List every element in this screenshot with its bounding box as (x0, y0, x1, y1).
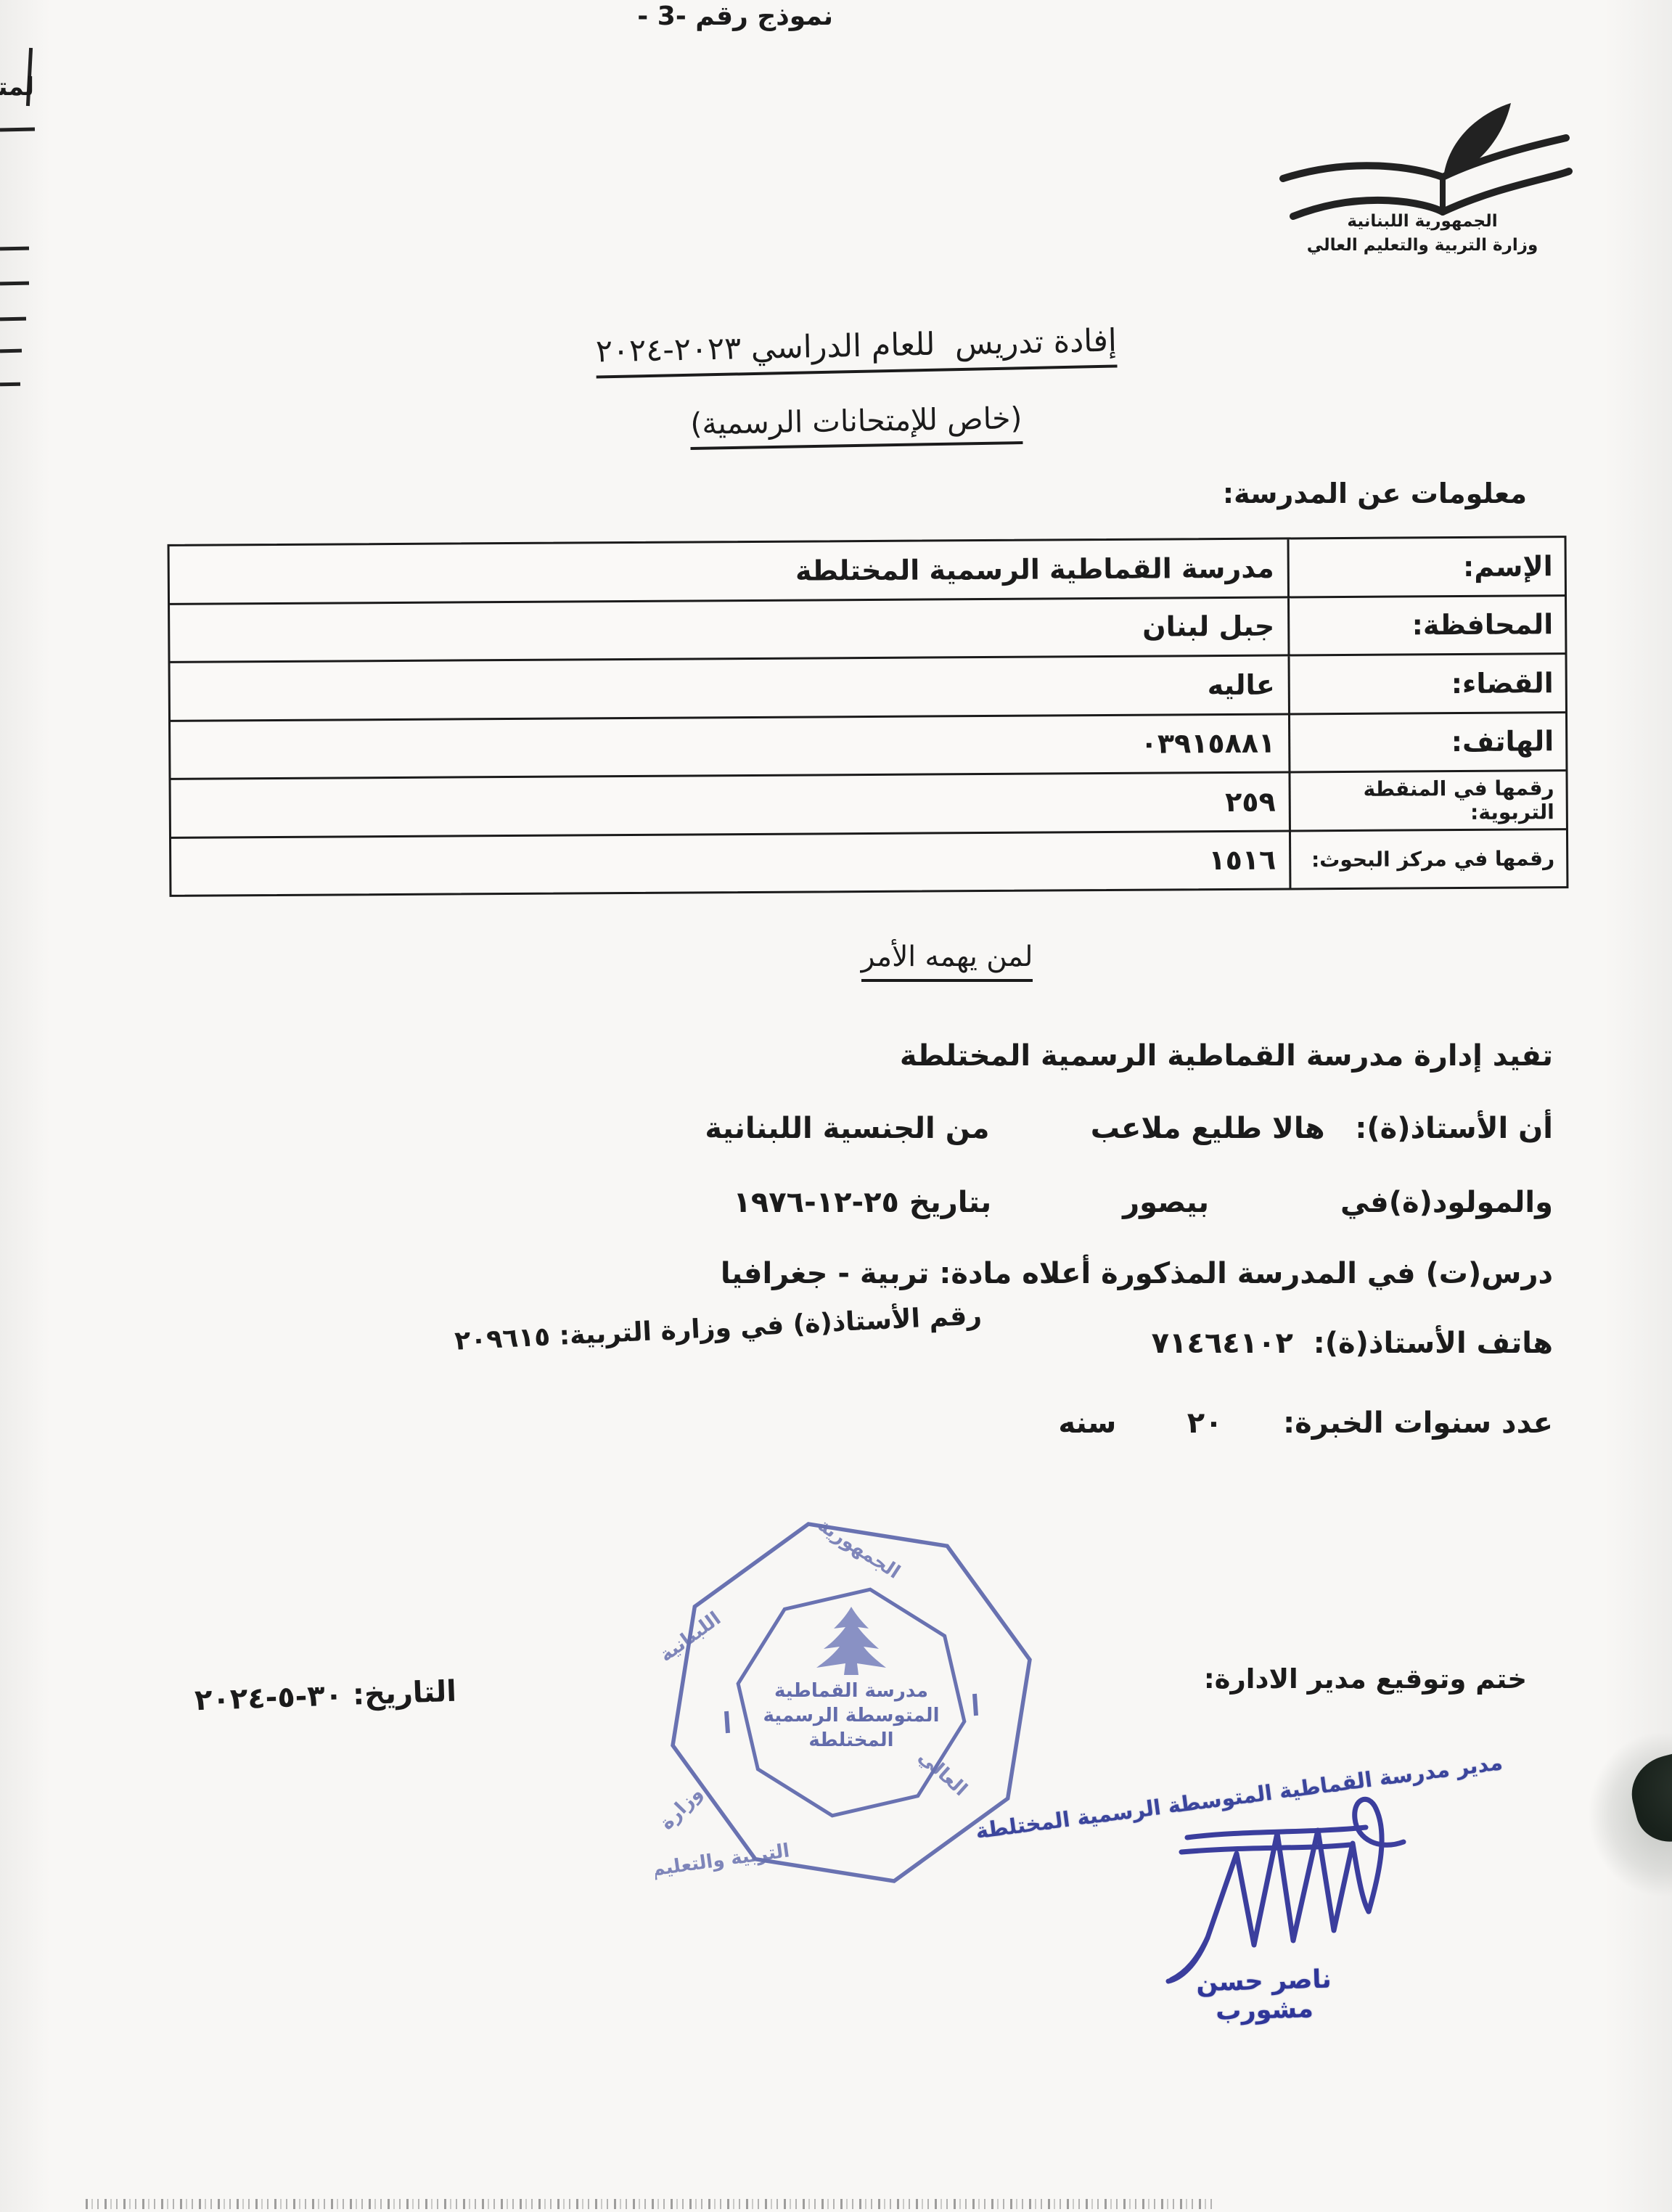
ministry-logo-book-icon (1271, 100, 1579, 224)
republic-label: الجمهورية اللبنانية (1259, 212, 1586, 231)
school-info-table: الإسم: مدرسة القماطية الرسمية المختلطة ا… (168, 536, 1569, 897)
body-line-certifies: تفيد إدارة مدرسة القماطية الرسمية المختل… (900, 1039, 1553, 1073)
table-row: القضاء: عاليه (171, 655, 1565, 721)
row-value-governorate: جبل لبنان (170, 598, 1287, 661)
stamp-left-tick (726, 1711, 728, 1733)
left-edge-dash (0, 247, 29, 251)
stamp-school-name-line2: المتوسطة الرسمية (763, 1705, 940, 1726)
stamp-ring-text-ministry2: التربية والتعليم (655, 1840, 791, 1880)
table-row: المحافظة: جبل لبنان (170, 597, 1565, 663)
table-row: رقمها في المنقطة التربوية: ٢٥٩ (171, 771, 1566, 838)
left-edge-text-fragment: لمتـ (0, 73, 34, 102)
stamp-ring-text-ministry1: وزارة (656, 1782, 707, 1834)
left-edge-dash (0, 317, 26, 321)
row-label-phone: الهاتف: (1288, 713, 1565, 771)
left-edge-dash (0, 349, 22, 353)
row-value-district: عاليه (171, 656, 1288, 719)
document-subtitle-wrap: (خاص للإمتحانات الرسمية) (675, 401, 1038, 451)
document-subtitle: (خاص للإمتحانات الرسمية) (690, 401, 1023, 450)
row-value-region-number: ٢٥٩ (171, 773, 1289, 836)
ministry-label: وزارة التربية والتعليم العالي (1259, 236, 1586, 255)
to-whom-heading-wrap: لمن يهمه الأمر (838, 941, 1056, 982)
row-value-research-number: ١٥١٦ (171, 832, 1289, 895)
stamp-school-name-line1: مدرسة القماطية (774, 1680, 928, 1702)
row-value-phone: ٠٣٩١٥٨٨١ (171, 715, 1288, 778)
row-label-region-number: رقمها في المنقطة التربوية: (1288, 771, 1565, 829)
stamp-school-name-line3: المختلطة (808, 1729, 893, 1751)
body-line-ministry-number: رقم الأستاذ(ة) في وزارة التربية: ٢٠٩٦١٥ (454, 1300, 982, 1356)
school-info-heading: معلومات عن المدرسة: (1223, 478, 1527, 509)
left-edge-dash (0, 382, 20, 387)
scanned-document-page: نموذج رقم -3 - الجمهورية اللبنانية وزارة… (0, 0, 1672, 2212)
stamp-ring-text-republic: الجمهورية (814, 1515, 903, 1584)
row-value-name: مدرسة القماطية الرسمية المختلطة (170, 539, 1287, 602)
stamp-right-tick (975, 1694, 976, 1716)
row-label-governorate: المحافظة: (1287, 597, 1565, 655)
row-label-name: الإسم: (1287, 538, 1565, 596)
form-number-label: نموذج رقم -3 - (630, 1, 833, 31)
table-row: رقمها في مركز البحوث: ١٥١٦ (171, 830, 1566, 895)
left-edge-dash (0, 127, 35, 131)
body-line-experience: عدد سنوات الخبرة: ٢٠ سنه (1058, 1406, 1553, 1440)
body-line-birth: والمولود(ة)في بيصور بتاريخ ٢٥-١٢-١٩٧٦ (733, 1186, 1553, 1219)
row-label-research-number: رقمها في مركز البحوث: (1289, 830, 1566, 888)
document-title-wrap: إفادة تدريس للعام الدراسي ٢٠٢٣-٢٠٢٤ (583, 322, 1128, 379)
body-line-subject: درس(ت) في المدرسة المذكورة أعلاه مادة: ت… (721, 1257, 1553, 1290)
table-row: الإسم: مدرسة القماطية الرسمية المختلطة (170, 538, 1565, 605)
director-signature (1126, 1758, 1438, 1997)
bottom-scan-noise (86, 2199, 1218, 2209)
to-whom-heading: لمن يهمه الأمر (861, 941, 1033, 982)
cedar-emblem-icon (816, 1607, 886, 1675)
book-right-bottom-line (1443, 171, 1569, 212)
date-label: التاريخ: ٣٠-٥-٢٠٢٤ (194, 1675, 456, 1718)
director-name: ناصر حسن مشورب (1147, 1964, 1381, 2028)
document-title: إفادة تدريس للعام الدراسي ٢٠٢٣-٢٠٢٤ (595, 322, 1117, 378)
body-line-teacher-name: أن الأستاذ(ة): هالا طليع ملاعب من الجنسي… (705, 1112, 1553, 1145)
book-left-top-line (1283, 165, 1443, 179)
signature-strike-line-2 (1181, 1845, 1350, 1852)
body-line-teacher-phone: هاتف الأستاذ(ة): ٧١٤٦٤١٠٢ (1152, 1327, 1553, 1360)
stamp-ring-text-lebanese: اللبنانية (655, 1607, 725, 1666)
table-row: الهاتف: ٠٣٩١٥٨٨١ (171, 713, 1565, 780)
seal-signature-label: ختم وتوقيع مدير الادارة: (1204, 1663, 1527, 1695)
left-edge-dash (0, 282, 29, 286)
row-label-district: القضاء: (1288, 655, 1565, 713)
